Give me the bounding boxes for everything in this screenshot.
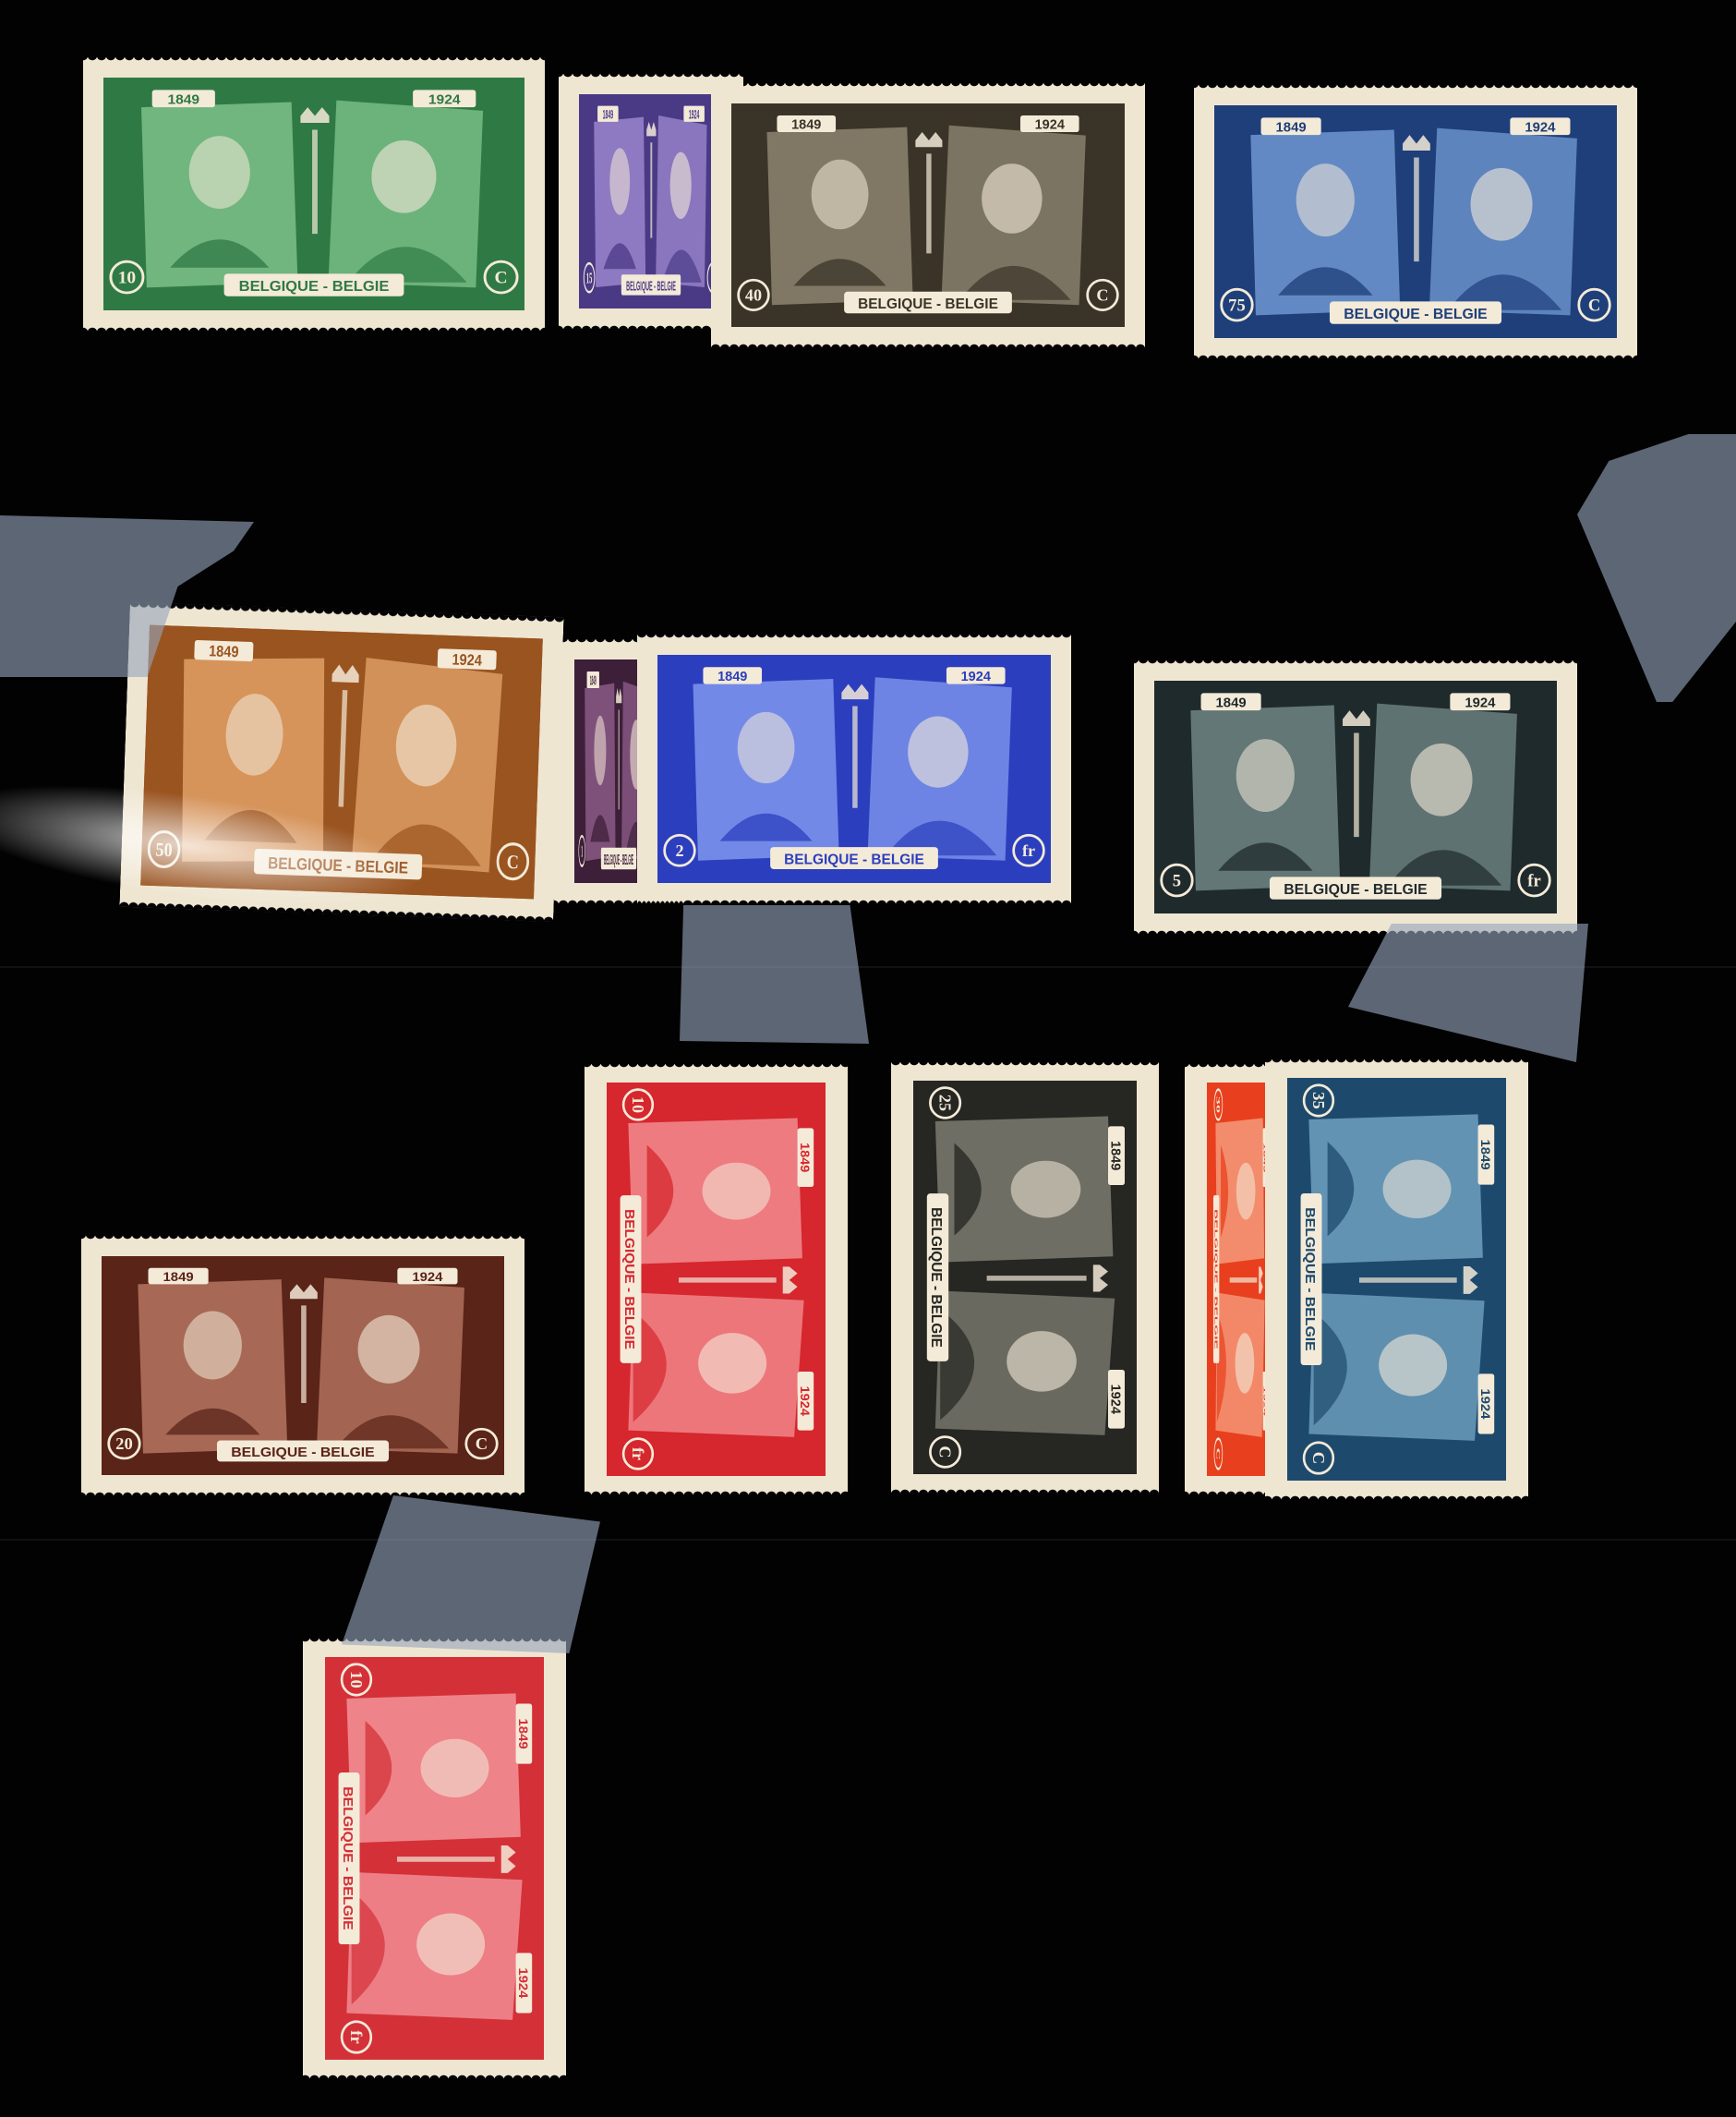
denomination-unit: C (495, 269, 508, 288)
denomination-unit: C (476, 1435, 488, 1453)
year-left-label: 1849 (1216, 695, 1247, 710)
stamp: 18491924BELGIQUE - BELGIE75C (1194, 83, 1637, 360)
year-left-label: 1849 (603, 109, 614, 123)
stamp: 18491924BELGIQUE - BELGIE10fr (303, 1637, 566, 2080)
denomination-unit: C (1096, 286, 1108, 305)
stamp: 18491924BELGIQUE - BELGIE10fr (585, 1062, 848, 1496)
denomination-value: 75 (1228, 296, 1246, 316)
stamp: 18491924BELGIQUE - BELGIE2fr (637, 633, 1071, 905)
year-left-label: 1849 (515, 1719, 530, 1749)
denomination-value: 10 (118, 269, 136, 288)
year-left-label: 1849 (1276, 119, 1307, 135)
stamp-design: 18491924BELGIQUE - BELGIE25C (913, 1081, 1137, 1474)
hinge-tape (1577, 434, 1736, 702)
denomination-unit: C (506, 852, 519, 874)
year-left-label: 1849 (1477, 1140, 1492, 1170)
year-right-label: 1924 (1525, 119, 1556, 135)
denomination-value: 5 (1173, 872, 1181, 891)
stamp: 18491924BELGIQUE - BELGIE10C (83, 55, 545, 333)
stamp-design: 18491924BELGIQUE - BELGIE5fr (1154, 681, 1557, 913)
year-right-label: 1924 (1108, 1385, 1123, 1414)
year-right-label: 1924 (1465, 695, 1496, 710)
year-left-label: 1849 (167, 92, 199, 108)
denomination-unit: C (1216, 1447, 1222, 1459)
year-left-label: 1849 (717, 670, 747, 684)
country-label: BELGIQUE - BELGIE (1344, 307, 1487, 322)
stamp-design: 18491924BELGIQUE - BELGIE40C (731, 103, 1125, 327)
country-label: BELGIQUE - BELGIE (239, 278, 390, 295)
hinge-tape (680, 905, 869, 1044)
denomination-unit: fr (1527, 872, 1540, 891)
year-left-label: 1849 (791, 117, 821, 132)
denomination-value: 40 (745, 286, 762, 305)
year-right-label: 1924 (1035, 117, 1065, 132)
year-right-label: 1924 (428, 92, 461, 108)
denomination-value: 1 (581, 841, 583, 861)
year-left-label: 1849 (1108, 1141, 1123, 1170)
year-right-label: 1924 (412, 1270, 442, 1285)
album-strip-divider (0, 1539, 1736, 1541)
year-left-label: 1849 (209, 643, 239, 660)
stamp: 18491924BELGIQUE - BELGIE5fr (1134, 659, 1577, 936)
year-right-label: 1924 (689, 109, 700, 123)
stamp-design: 18491924BELGIQUE - BELGIE75C (1214, 105, 1617, 338)
stamp: 18491924BELGIQUE - BELGIE35C (1265, 1058, 1528, 1501)
stamp-design: 18491924BELGIQUE - BELGIE35C (1287, 1078, 1506, 1481)
denomination-unit: fr (629, 1447, 647, 1460)
stamp-design: 18491924BELGIQUE - BELGIE10fr (607, 1083, 826, 1476)
country-label: BELGIQUE - BELGIE (784, 852, 924, 867)
country-label: BELGIQUE - BELGIE (626, 280, 676, 295)
denomination-value: 35 (1309, 1092, 1327, 1109)
country-label: BELGIQUE - BELGIE (928, 1207, 944, 1348)
denomination-value: 20 (115, 1435, 133, 1453)
stamp-design: 18491924BELGIQUE - BELGIE10C (103, 78, 524, 310)
denomination-value: 15 (586, 269, 593, 287)
denomination-value: 10 (629, 1096, 647, 1113)
country-label: BELGIQUE - BELGIE (231, 1446, 374, 1461)
denomination-unit: C (1309, 1452, 1327, 1464)
hinge-tape (1348, 924, 1588, 1062)
denomination-unit: C (1588, 296, 1600, 316)
country-label: BELGIQUE - BELGIE (340, 1786, 356, 1929)
hinge-tape (342, 1478, 600, 1653)
year-left-label: 1849 (590, 674, 597, 688)
album-page: 18491924BELGIQUE - BELGIE10C 18491924BEL… (0, 0, 1736, 2117)
stamp-design: 18491924BELGIQUE - BELGIE15C (579, 94, 723, 308)
year-right-label: 1924 (452, 652, 482, 670)
country-label: BELGIQUE - BELGIE (604, 853, 633, 868)
country-label: BELGIQUE - BELGIE (1284, 882, 1427, 898)
stamp-design: 18491924BELGIQUE - BELGIE30C (1207, 1083, 1273, 1476)
year-right-label: 1924 (797, 1386, 812, 1416)
denomination-value: 10 (347, 1671, 365, 1688)
stamp-design: 18491924BELGIQUE - BELGIE20C (102, 1256, 504, 1475)
denomination-value: 30 (1216, 1096, 1222, 1114)
country-label: BELGIQUE - BELGIE (1213, 1209, 1217, 1349)
stamp: 18491924BELGIQUE - BELGIE25C (891, 1060, 1159, 1494)
country-label: BELGIQUE - BELGIE (858, 296, 998, 312)
denomination-value: 2 (675, 841, 683, 860)
year-left-label: 1849 (163, 1270, 194, 1285)
denomination-unit: fr (1022, 841, 1035, 860)
denomination-value: 25 (935, 1095, 954, 1111)
year-right-label: 1924 (515, 1967, 530, 1998)
stamp-design: 18491924BELGIQUE - BELGIE2fr (657, 655, 1051, 883)
country-label: BELGIQUE - BELGIE (1302, 1207, 1318, 1350)
stamp-design: 18491924BELGIQUE - BELGIE10fr (325, 1657, 544, 2060)
denomination-unit: fr (347, 2030, 365, 2043)
year-left-label: 1849 (797, 1143, 812, 1172)
stamp: 18491924BELGIQUE - BELGIE40C (711, 81, 1145, 349)
year-right-label: 1924 (1477, 1388, 1492, 1419)
denomination-unit: C (935, 1446, 954, 1458)
country-label: BELGIQUE - BELGIE (621, 1209, 637, 1349)
year-right-label: 1924 (961, 670, 992, 684)
stamp: 18491924BELGIQUE - BELGIE20C (81, 1234, 524, 1497)
